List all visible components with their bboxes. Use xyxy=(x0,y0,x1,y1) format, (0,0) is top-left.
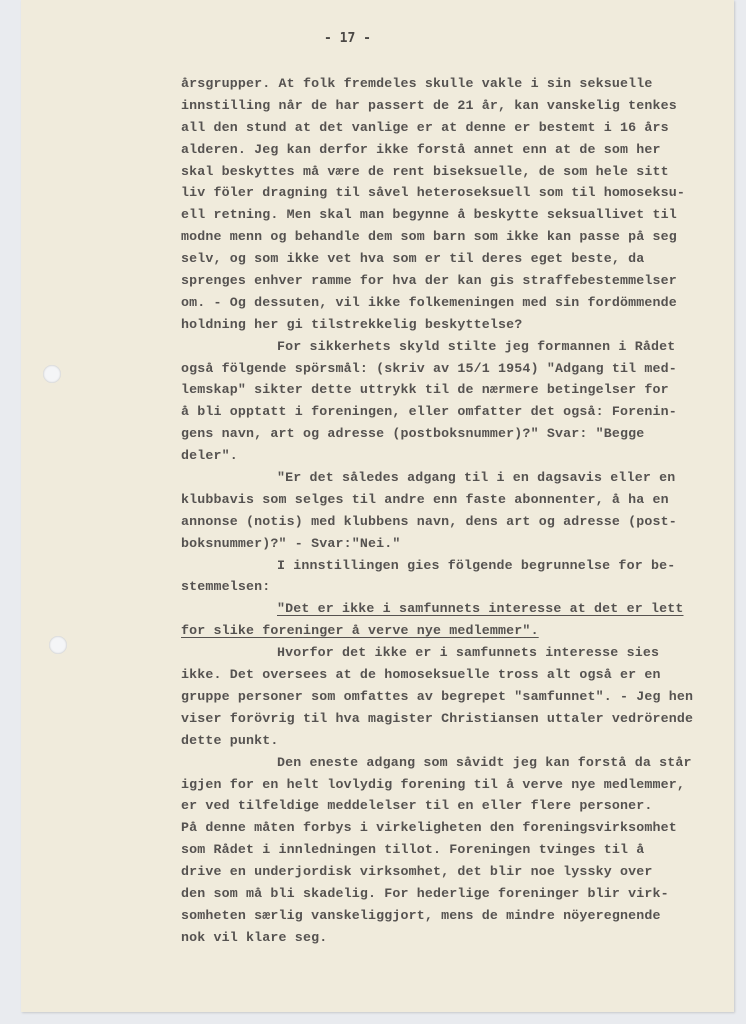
text-line: også fölgende spörsmål: (skriv av 15/1 1… xyxy=(181,358,693,380)
document-page: - 17 - årsgrupper. At folk fremdeles sku… xyxy=(21,0,734,1012)
text-line: innstilling når de har passert de 21 år,… xyxy=(181,95,693,117)
text-line: for slike foreninger å verve nye medlemm… xyxy=(181,620,693,642)
text-line: For sikkerhets skyld stilte jeg formanne… xyxy=(181,336,693,358)
text-line: om. - Og dessuten, vil ikke folkemeninge… xyxy=(181,292,693,314)
text-line: nok vil klare seg. xyxy=(181,927,693,949)
text-line: all den stund at det vanlige er at denne… xyxy=(181,117,693,139)
text-line: ell retning. Men skal man begynne å besk… xyxy=(181,204,693,226)
underlined-quote: for slike foreninger å verve nye medlemm… xyxy=(181,623,539,638)
text-line: modne menn og behandle dem som barn som … xyxy=(181,226,693,248)
text-line: lemskap" sikter dette uttrykk til de nær… xyxy=(181,379,693,401)
text-line: sprenges enhver ramme for hva der kan gi… xyxy=(181,270,693,292)
text-line: somheten særlig vanskeliggjort, mens de … xyxy=(181,905,693,927)
underlined-quote: "Det er ikke i samfunnets interesse at d… xyxy=(277,601,683,616)
text-line: årsgrupper. At folk fremdeles skulle vak… xyxy=(181,73,693,95)
text-line: den som må bli skadelig. For hederlige f… xyxy=(181,883,693,905)
text-line: Den eneste adgang som såvidt jeg kan for… xyxy=(181,752,693,774)
page-number: - 17 - xyxy=(324,31,371,46)
text-line: gens navn, art og adresse (postboksnumme… xyxy=(181,423,693,445)
text-line: drive en underjordisk virksomhet, det bl… xyxy=(181,861,693,883)
text-line: ikke. Det oversees at de homoseksuelle t… xyxy=(181,664,693,686)
text-line: igjen for en helt lovlydig forening til … xyxy=(181,774,693,796)
text-line: skal beskyttes må være de rent biseksuel… xyxy=(181,161,693,183)
text-line: På denne måten forbys i virkeligheten de… xyxy=(181,817,693,839)
text-line: "Er det således adgang til i en dagsavis… xyxy=(181,467,693,489)
text-line: boksnummer)?" - Svar:"Nei." xyxy=(181,533,693,555)
text-line: klubbavis som selges til andre enn faste… xyxy=(181,489,693,511)
text-line: dette punkt. xyxy=(181,730,693,752)
text-line: deler". xyxy=(181,445,693,467)
text-line: I innstillingen gies fölgende begrunnels… xyxy=(181,555,693,577)
text-line: er ved tilfeldige meddelelser til en ell… xyxy=(181,795,693,817)
typewritten-body: årsgrupper. At folk fremdeles skulle vak… xyxy=(181,73,693,949)
text-line: holdning her gi tilstrekkelig beskyttels… xyxy=(181,314,693,336)
text-line: liv föler dragning til såvel heteroseksu… xyxy=(181,182,693,204)
punch-hole-bottom xyxy=(49,636,67,654)
punch-hole-top xyxy=(43,365,61,383)
text-line: alderen. Jeg kan derfor ikke forstå anne… xyxy=(181,139,693,161)
text-line: selv, og som ikke vet hva som er til der… xyxy=(181,248,693,270)
text-line: gruppe personer som omfattes av begrepet… xyxy=(181,686,693,708)
text-line: Hvorfor det ikke er i samfunnets interes… xyxy=(181,642,693,664)
text-line: "Det er ikke i samfunnets interesse at d… xyxy=(181,598,693,620)
text-line: stemmelsen: xyxy=(181,576,693,598)
text-line: viser forövrig til hva magister Christia… xyxy=(181,708,693,730)
text-line: å bli opptatt i foreningen, eller omfatt… xyxy=(181,401,693,423)
text-line: som Rådet i innledningen tillot. Forenin… xyxy=(181,839,693,861)
text-line: annonse (notis) med klubbens navn, dens … xyxy=(181,511,693,533)
